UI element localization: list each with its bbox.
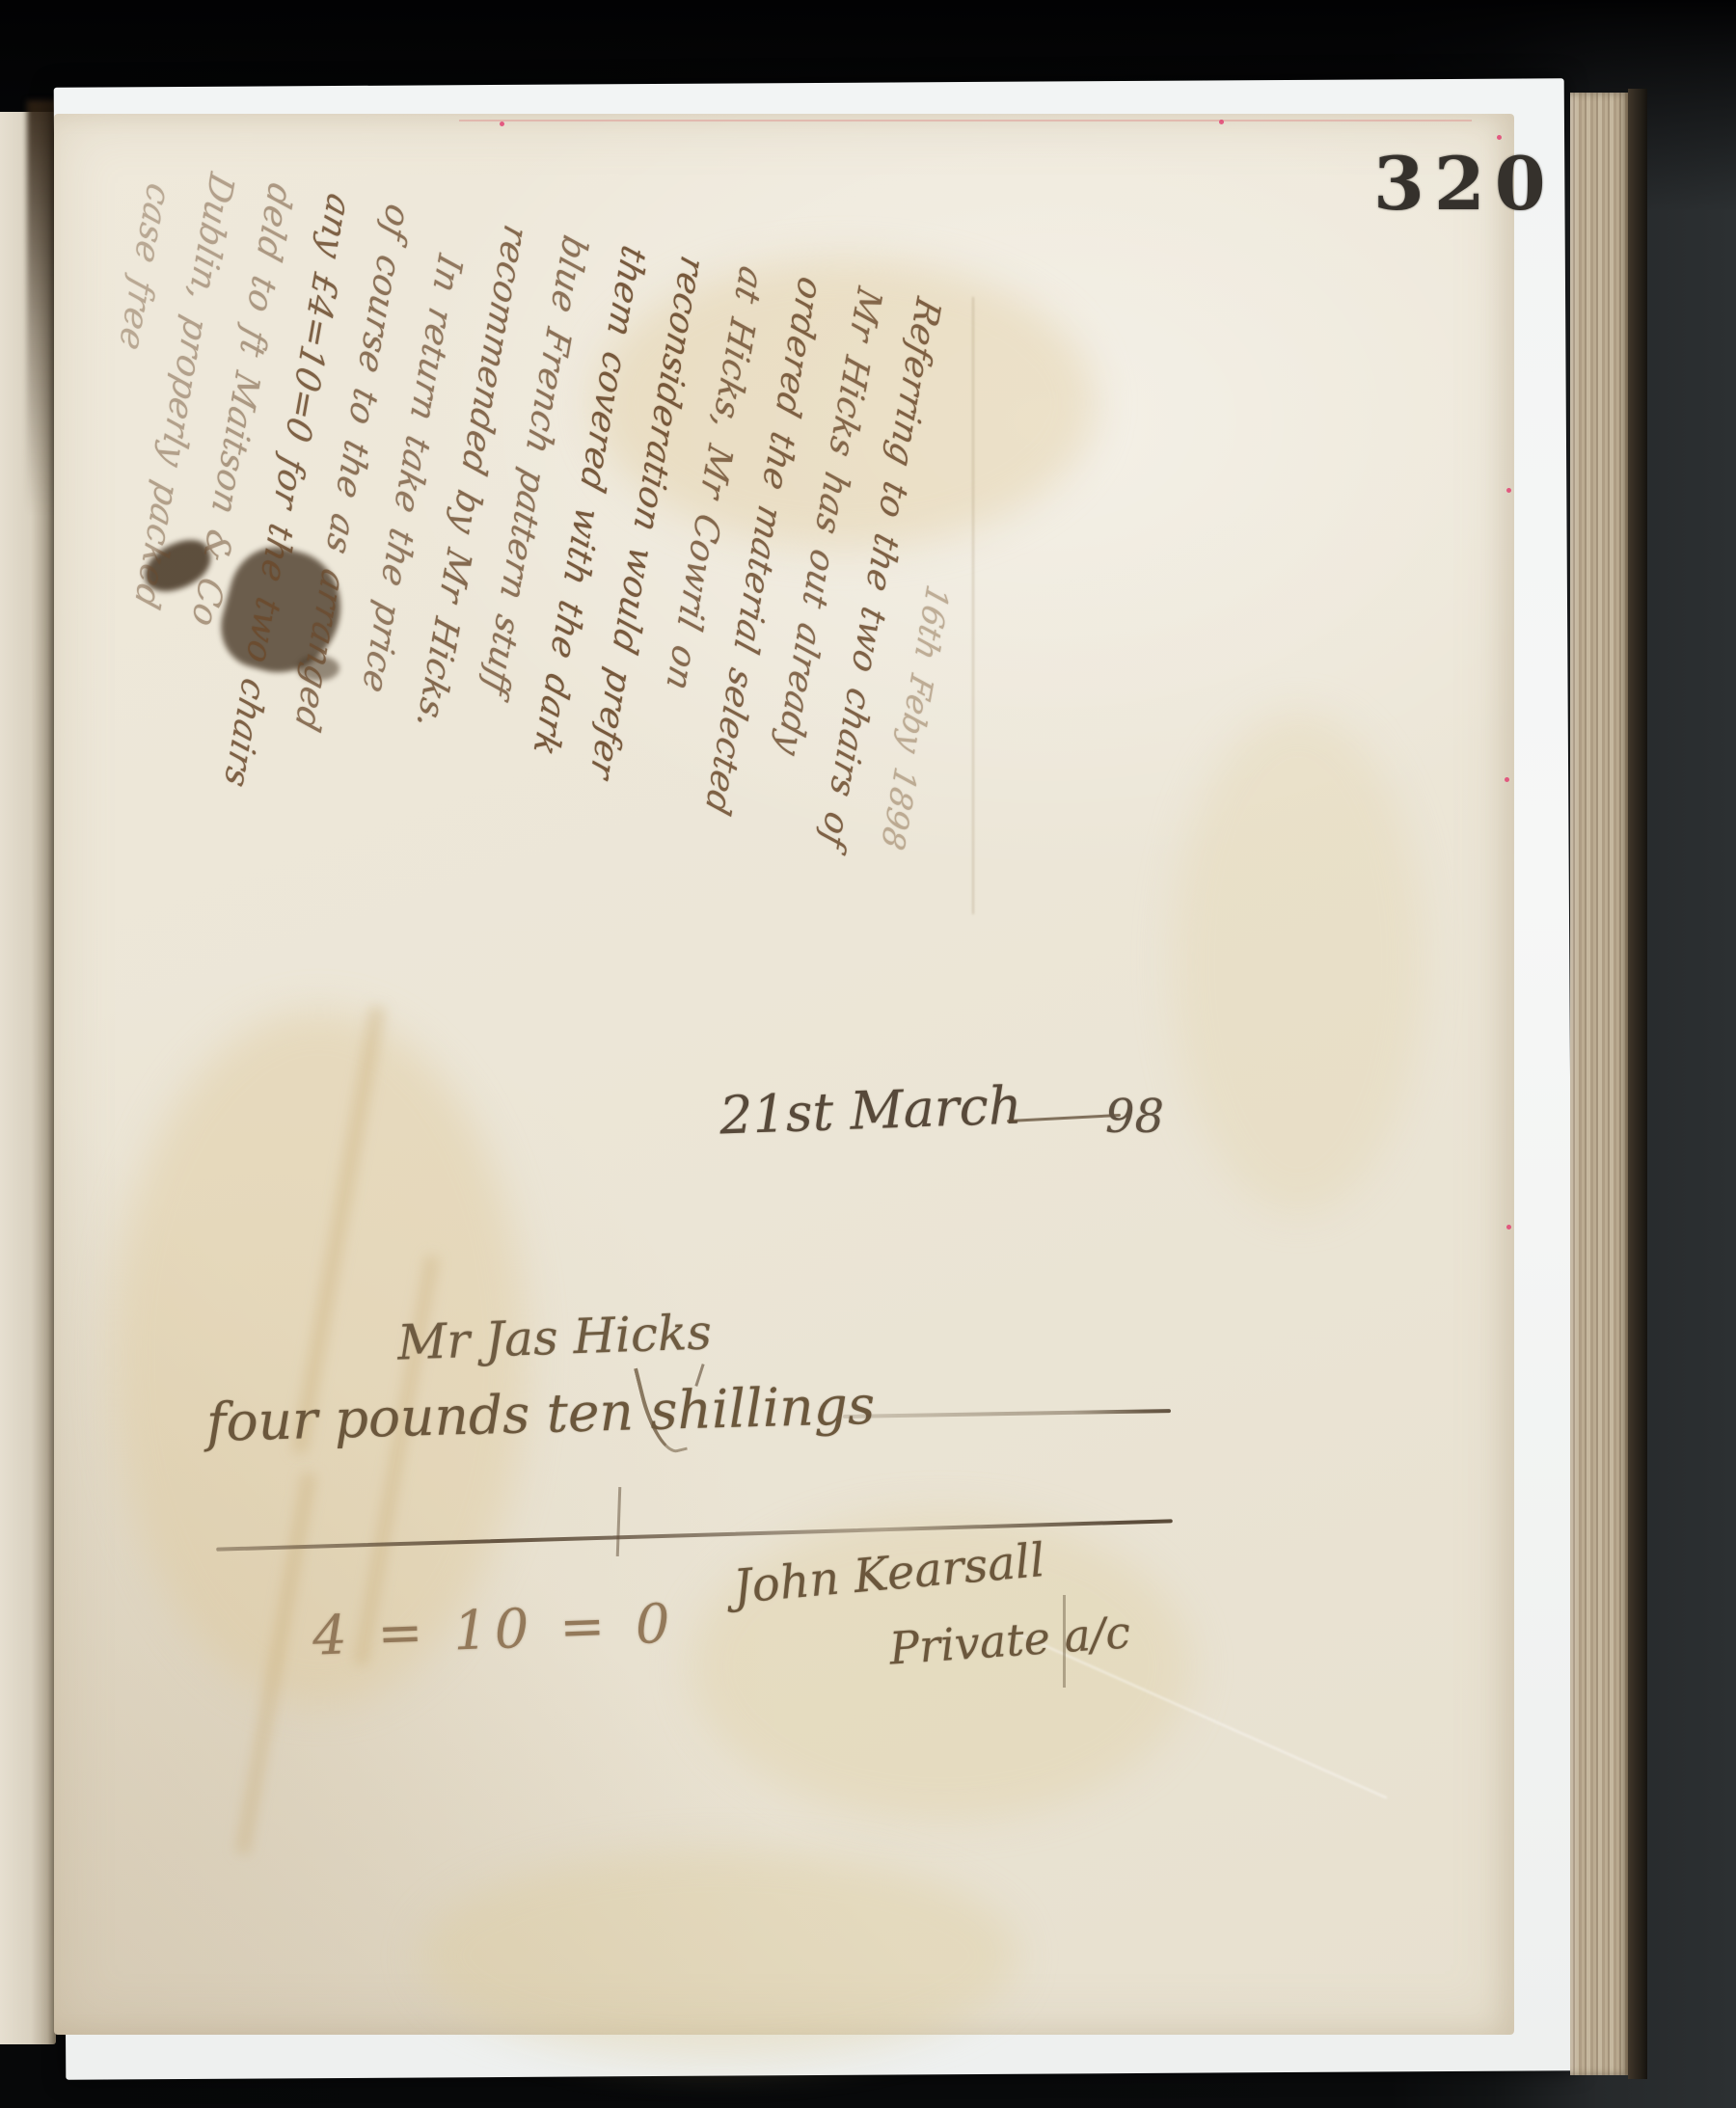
paper-stain (1173, 712, 1424, 1213)
photograph-of-ledger-page: 320 16th Feby 1898 Referring to the two … (0, 0, 1736, 2108)
paper-stain (420, 1850, 1018, 2062)
amount-in-figures: 4 = 10 = 0 (312, 1592, 678, 1667)
deckle-edge-line (459, 120, 1472, 122)
receipt-year: 98 (1105, 1090, 1164, 1144)
deckle-red-dot (500, 122, 504, 126)
deckle-red-dot (1219, 120, 1224, 124)
manuscript-page: 320 16th Feby 1898 Referring to the two … (54, 114, 1514, 2035)
book-fore-edge-pages (1570, 93, 1630, 2075)
folio-number-stamp: 320 (1373, 141, 1556, 227)
deckle-red-dot (1505, 777, 1509, 782)
deckle-red-dot (1506, 1225, 1511, 1230)
receipt-date: 21st March (719, 1075, 1023, 1147)
deckle-red-dot (1506, 488, 1511, 493)
deckle-red-dot (1497, 135, 1502, 140)
book-cover-edge (1628, 89, 1647, 2079)
